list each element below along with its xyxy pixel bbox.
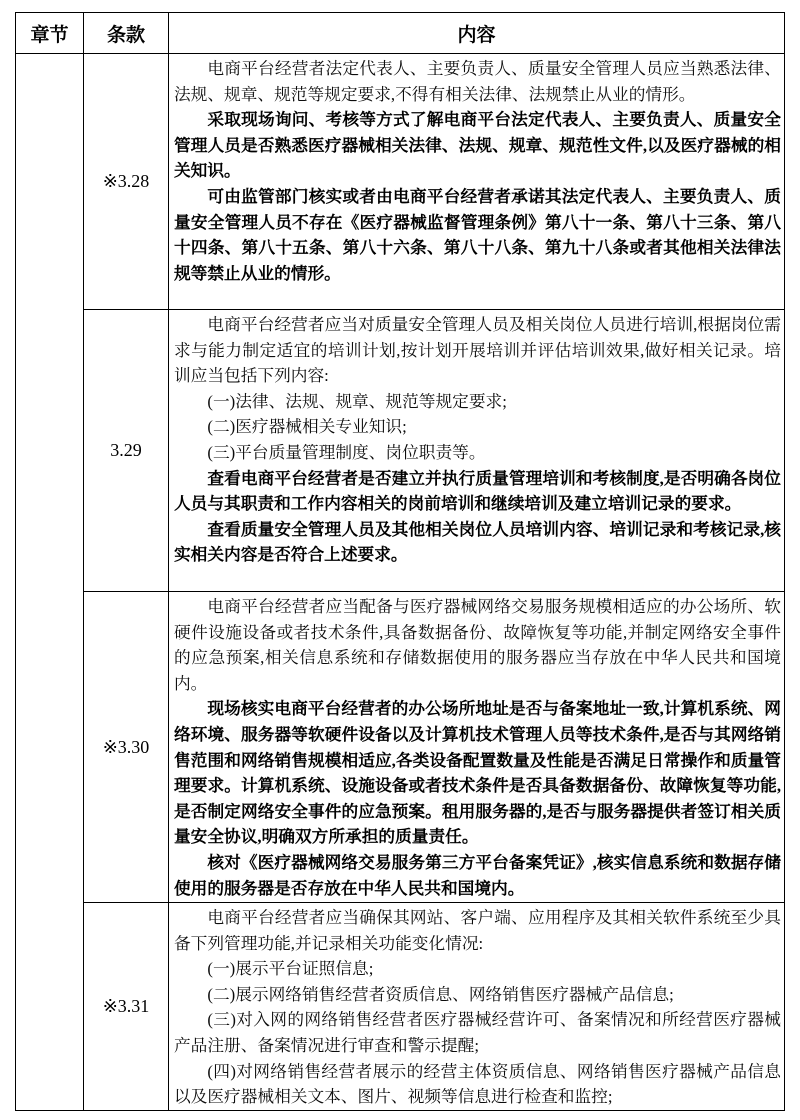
content-paragraph: 查看质量安全管理人员及其他相关岗位人员培训内容、培训记录和考核记录,核实相关内容… xyxy=(174,517,781,568)
content-paragraph: (三)对入网的网络销售经营者医疗器械经营许可、备案情况和所经营医疗器械产品注册、… xyxy=(174,1007,781,1058)
content-paragraph: (二)医疗器械相关专业知识; xyxy=(174,414,781,440)
table-row: ※3.28电商平台经营者法定代表人、主要负责人、质量安全管理人员应当熟悉法律、法… xyxy=(16,54,785,310)
clause-cell: ※3.30 xyxy=(84,592,169,903)
content-paragraph: 电商平台经营者应当配备与医疗器械网络交易服务规模相适应的办公场所、软硬件设施设备… xyxy=(174,594,781,696)
clause-cell: ※3.31 xyxy=(84,903,169,1111)
content-cell: 电商平台经营者应当对质量安全管理人员及相关岗位人员进行培训,根据岗位需求与能力制… xyxy=(169,310,785,592)
content-paragraph: 现场核实电商平台经营者的办公场所地址是否与备案地址一致,计算机系统、网络环境、服… xyxy=(174,696,781,850)
content-cell: 电商平台经营者应当配备与医疗器械网络交易服务规模相适应的办公场所、软硬件设施设备… xyxy=(169,592,785,903)
clause-cell: ※3.28 xyxy=(84,54,169,310)
content-paragraph: 电商平台经营者法定代表人、主要负责人、质量安全管理人员应当熟悉法律、法规、规章、… xyxy=(174,56,781,107)
column-header-clause: 条款 xyxy=(84,13,169,54)
content-cell: 电商平台经营者法定代表人、主要负责人、质量安全管理人员应当熟悉法律、法规、规章、… xyxy=(169,54,785,310)
content-paragraph: 电商平台经营者应当确保其网站、客户端、应用程序及其相关软件系统至少具备下列管理功… xyxy=(174,905,781,956)
column-header-chapter: 章节 xyxy=(16,13,84,54)
content-paragraph: (二)展示网络销售经营者资质信息、网络销售医疗器械产品信息; xyxy=(174,982,781,1008)
column-header-content: 内容 xyxy=(169,13,785,54)
content-paragraph: (三)平台质量管理制度、岗位职责等。 xyxy=(174,440,781,466)
content-paragraph: (四)对网络销售经营者展示的经营主体资质信息、网络销售医疗器械产品信息以及医疗器… xyxy=(174,1059,781,1110)
clause-cell: 3.29 xyxy=(84,310,169,592)
document-page: { "colors": { "page_background": "#fffff… xyxy=(0,0,800,1120)
content-paragraph: 可由监管部门核实或者由电商平台经营者承诺其法定代表人、主要负责人、质量安全管理人… xyxy=(174,184,781,286)
content-paragraph: 电商平台经营者应当对质量安全管理人员及相关岗位人员进行培训,根据岗位需求与能力制… xyxy=(174,312,781,389)
content-paragraph: 核对《医疗器械网络交易服务第三方平台备案凭证》,核实信息系统和数据存储使用的服务… xyxy=(174,850,781,901)
table-header: 章节 条款 内容 xyxy=(16,13,785,54)
content-paragraph: 采取现场询问、考核等方式了解电商平台法定代表人、主要负责人、质量安全管理人员是否… xyxy=(174,107,781,184)
content-cell: 电商平台经营者应当确保其网站、客户端、应用程序及其相关软件系统至少具备下列管理功… xyxy=(169,903,785,1111)
header-row: 章节 条款 内容 xyxy=(16,13,785,54)
chapter-cell xyxy=(16,54,84,1111)
regulation-table: 章节 条款 内容 ※3.28电商平台经营者法定代表人、主要负责人、质量安全管理人… xyxy=(15,12,785,1111)
content-paragraph: 查看电商平台经营者是否建立并执行质量管理培训和考核制度,是否明确各岗位人员与其职… xyxy=(174,466,781,517)
table-row: ※3.31电商平台经营者应当确保其网站、客户端、应用程序及其相关软件系统至少具备… xyxy=(16,903,785,1111)
table-body: ※3.28电商平台经营者法定代表人、主要负责人、质量安全管理人员应当熟悉法律、法… xyxy=(16,54,785,1111)
table-row: ※3.30电商平台经营者应当配备与医疗器械网络交易服务规模相适应的办公场所、软硬… xyxy=(16,592,785,903)
content-paragraph: (一)展示平台证照信息; xyxy=(174,956,781,982)
content-paragraph: (一)法律、法规、规章、规范等规定要求; xyxy=(174,389,781,415)
table-row: 3.29电商平台经营者应当对质量安全管理人员及相关岗位人员进行培训,根据岗位需求… xyxy=(16,310,785,592)
